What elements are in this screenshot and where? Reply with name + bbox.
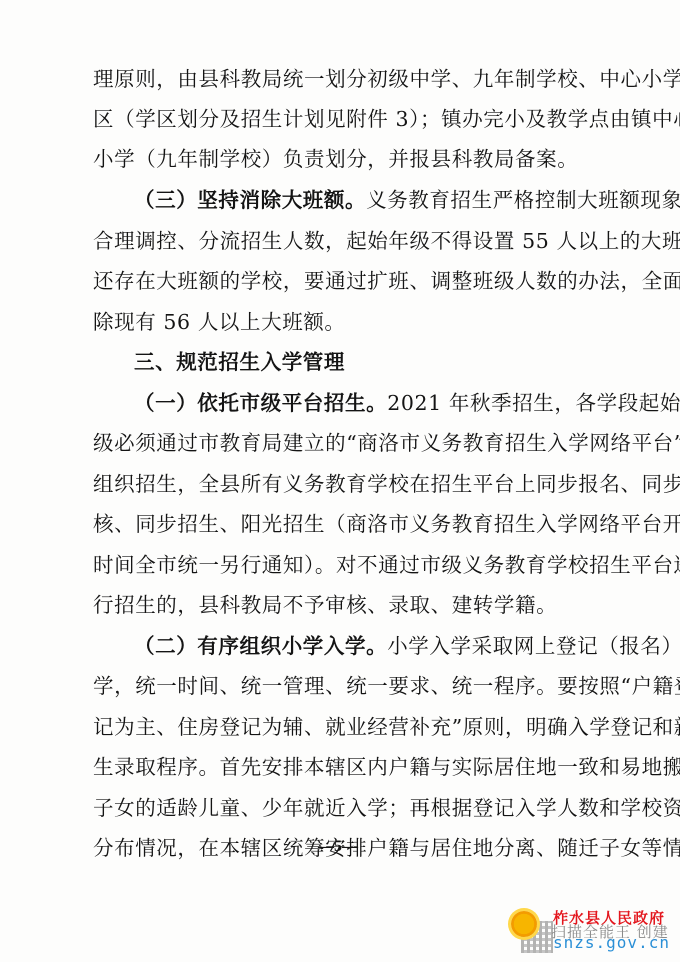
section-heading: 三、规范招生入学管理: [134, 350, 345, 374]
sun-logo-icon: [511, 911, 537, 937]
line-text: 组织招生，全县所有义务教育学校在招生平台上同步报名、同步审: [93, 472, 680, 496]
text-line: （三）坚持消除大班额。义务教育招生严格控制大班额现象，: [134, 185, 585, 215]
line-text: 行招生的，县科教局不予审核、录取、建转学籍。: [93, 593, 557, 617]
section-heading: （二）有序组织小学入学。: [134, 634, 387, 658]
text-line: 时间全市统一另行通知）。对不通过市级义务教育学校招生平台进: [93, 550, 585, 580]
line-text: 小学入学采取网上登记（报名）入: [387, 634, 680, 658]
line-text: 还存在大班额的学校，要通过扩班、调整班级人数的办法，全面消: [93, 269, 680, 293]
line-text: 合理调控、分流招生人数，起始年级不得设置 55 人以上的大班额，: [93, 229, 680, 253]
text-line: 合理调控、分流招生人数，起始年级不得设置 55 人以上的大班额，: [93, 226, 585, 256]
text-line: 区（学区划分及招生计划见附件 3）；镇办完小及教学点由镇中心: [93, 104, 585, 134]
line-text: 学，统一时间、统一管理、统一要求、统一程序。要按照“户籍登: [93, 674, 680, 698]
text-line: 除现有 56 人以上大班额。: [93, 307, 585, 337]
line-text: 核、同步招生、阳光招生（商洛市义务教育招生入学网络平台开放: [93, 512, 680, 536]
text-line: （一）依托市级平台招生。2021 年秋季招生，各学段起始年: [134, 388, 585, 418]
line-text: 区（学区划分及招生计划见附件 3）；镇办完小及教学点由镇中心: [93, 107, 680, 131]
text-line: 子女的适龄儿童、少年就近入学；再根据登记入学人数和学校资源: [93, 793, 585, 823]
text-line: 组织招生，全县所有义务教育学校在招生平台上同步报名、同步审: [93, 469, 585, 499]
text-line: 核、同步招生、阳光招生（商洛市义务教育招生入学网络平台开放: [93, 509, 585, 539]
line-text: 级必须通过市教育局建立的“商洛市义务教育招生入学网络平台”: [93, 431, 680, 455]
watermark: 柞水县人民政府 扫描全能王 创建 snzs.gov.cn: [505, 905, 675, 957]
text-line: （二）有序组织小学入学。小学入学采取网上登记（报名）入: [134, 631, 585, 661]
text-line: 理原则，由县科教局统一划分初级中学、九年制学校、中心小学学: [93, 64, 585, 94]
text-line: 还存在大班额的学校，要通过扩班、调整班级人数的办法，全面消: [93, 266, 585, 296]
text-line: 级必须通过市教育局建立的“商洛市义务教育招生入学网络平台”: [93, 428, 585, 458]
line-text: 分布情况，在本辖区统筹安排户籍与居住地分离、随迁子女等情况: [93, 836, 680, 860]
line-text: 义务教育招生严格控制大班额现象，: [366, 188, 680, 212]
line-text: 除现有 56 人以上大班额。: [93, 310, 346, 334]
line-text: 理原则，由县科教局统一划分初级中学、九年制学校、中心小学学: [93, 67, 680, 91]
page-number: —5—: [318, 838, 358, 856]
section-heading: （一）依托市级平台招生。: [134, 391, 387, 415]
text-line: 三、规范招生入学管理: [134, 347, 585, 377]
line-text: 2021 年秋季招生，各学段起始年: [387, 391, 680, 415]
section-heading: （三）坚持消除大班额。: [134, 188, 366, 212]
text-line: 小学（九年制学校）负责划分，并报县科教局备案。: [93, 144, 585, 174]
text-line: 记为主、住房登记为辅、就业经营补充”原则，明确入学登记和新: [93, 712, 585, 742]
line-text: 小学（九年制学校）负责划分，并报县科教局备案。: [93, 147, 578, 171]
line-text: 生录取程序。首先安排本辖区内户籍与实际居住地一致和易地搬迁: [93, 755, 680, 779]
line-text: 子女的适龄儿童、少年就近入学；再根据登记入学人数和学校资源: [93, 796, 680, 820]
scanner-logo-icon: [511, 911, 549, 951]
document-page: 理原则，由县科教局统一划分初级中学、九年制学校、中心小学学区（学区划分及招生计划…: [0, 0, 680, 962]
line-text: 记为主、住房登记为辅、就业经营补充”原则，明确入学登记和新: [93, 715, 680, 739]
watermark-url: snzs.gov.cn: [553, 933, 670, 952]
line-text: 时间全市统一另行通知）。对不通过市级义务教育学校招生平台进: [93, 553, 680, 577]
text-line: 行招生的，县科教局不予审核、录取、建转学籍。: [93, 590, 585, 620]
text-line: 学，统一时间、统一管理、统一要求、统一程序。要按照“户籍登: [93, 671, 585, 701]
text-line: 生录取程序。首先安排本辖区内户籍与实际居住地一致和易地搬迁: [93, 752, 585, 782]
